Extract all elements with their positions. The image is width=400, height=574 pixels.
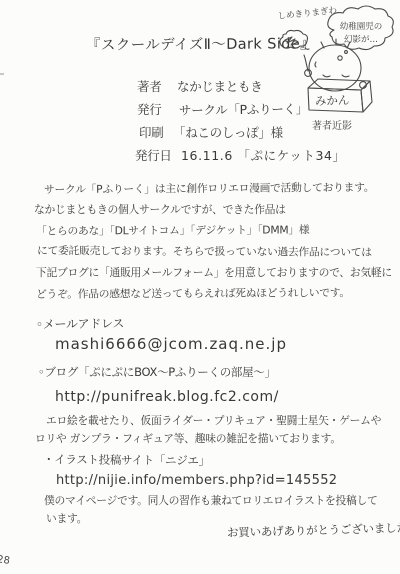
illust-site-url: http://nijie.info/members.php?id=145552 bbox=[56, 474, 337, 487]
colophon-page: 『スクールデイズⅡ～Dark Side』 著者 なかじまともき 発行 サークル「… bbox=[0, 0, 400, 574]
credit-value-printer: 「ねこのしっぽ」様 bbox=[173, 127, 283, 140]
about-line: サークル「Pふりーく」は主に創作ロリエロ漫画で活動しております。 bbox=[44, 183, 374, 196]
author-self-portrait-doodle: しめきりまぎわ 幼稚園児の 幻影が… bbox=[268, 2, 400, 138]
scan-smudge bbox=[0, 73, 4, 75]
blog-description-line: エロ絵を載せたり、仮面ライダー・プリキュア・聖闘士星矢・ゲームや bbox=[46, 416, 381, 427]
about-line: 下記ブログに「通販用メールフォーム」を用意しておりますので、お気軽に bbox=[36, 268, 392, 279]
credit-value-author: なかじまともき bbox=[177, 81, 262, 94]
blog-description-line: ロリや ガンプラ・フィギュア等、趣味の雑記を描いております。 bbox=[35, 434, 341, 445]
credit-label-author: 著者 bbox=[137, 81, 161, 94]
about-line: 「とらのあな」「DLサイトコム」「デジケット」「DMM」様 bbox=[36, 225, 309, 237]
illust-description-line: 僕のマイページです。同人の習作も兼ねてロリエロイラストを投稿して bbox=[44, 496, 377, 507]
illust-description-line: います。 bbox=[46, 514, 87, 525]
email-label: ◦メールアドレス bbox=[36, 317, 124, 330]
mikan-box-icon: みかん bbox=[308, 79, 372, 112]
email-address: mashi6666@jcom.zaq.ne.jp bbox=[55, 337, 287, 352]
doodle-caption: 著者近影 bbox=[312, 119, 352, 132]
about-line: どうぞ。作品の感想など送ってもらえれば死ぬほどうれしいです。 bbox=[36, 288, 350, 300]
thought-bubble-icon: 幼稚園児の 幻影が… bbox=[328, 6, 394, 60]
about-line: なかじまともきの個人サークルですが、できた作品は bbox=[34, 205, 286, 216]
blog-label: ◦ブログ「ぷにぷにBOX～Pふりーくの部屋～」 bbox=[38, 367, 276, 379]
about-line: にて委託販売しております。そちらで扱っていない過去作品については bbox=[37, 246, 372, 259]
blog-url: http://punifreak.blog.fc2.com/ bbox=[55, 390, 279, 404]
illust-site-label: ・イラスト投稿サイト「ニジエ」 bbox=[43, 454, 210, 467]
credit-label-printer: 印刷 bbox=[139, 127, 163, 140]
credit-value-pubdate: 16.11.6 「ぷにケット34」 bbox=[181, 150, 346, 163]
credit-label-pubdate: 発行日 bbox=[135, 150, 172, 163]
credit-label-publisher: 発行 bbox=[137, 104, 161, 117]
doodle-box-label: みかん bbox=[315, 93, 350, 108]
doodle-thought-line1: 幼稚園児の bbox=[340, 21, 383, 32]
thank-you-note: お買いあげありがとうございました！ bbox=[227, 522, 400, 539]
page-number-corner: 28 bbox=[0, 555, 10, 567]
scribble-cloud-icon bbox=[280, 30, 309, 49]
